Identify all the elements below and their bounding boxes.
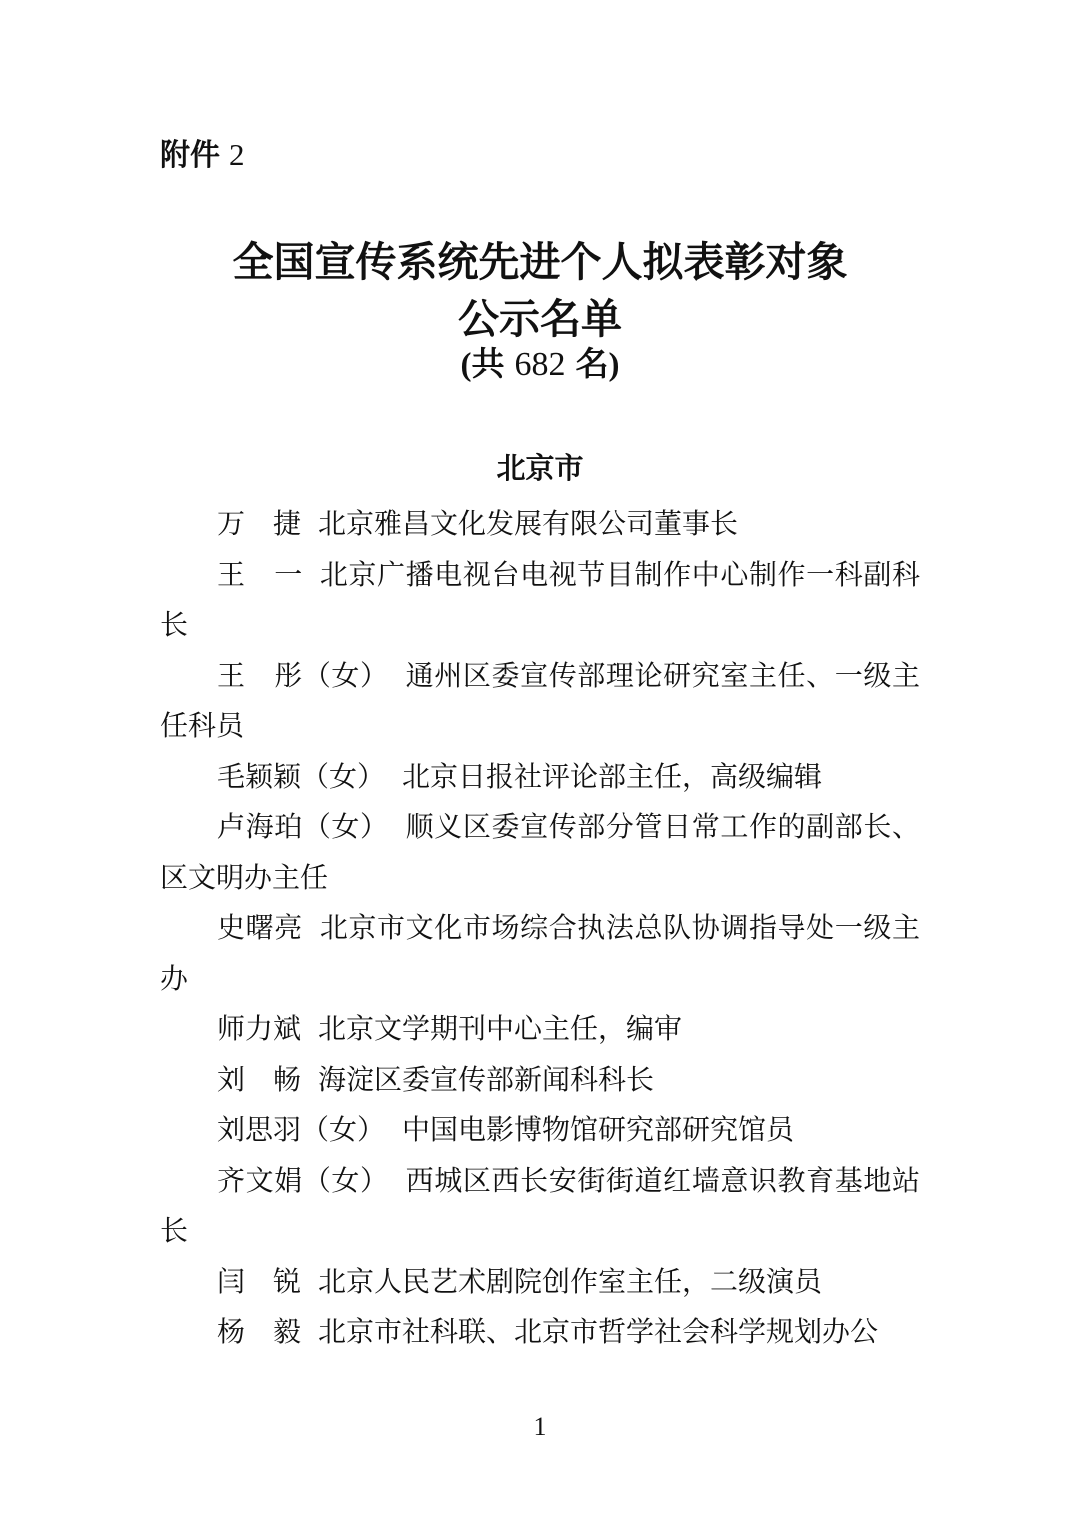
person-name: 刘 畅 — [217, 1065, 301, 1096]
person-name: 杨 毅 — [217, 1317, 301, 1348]
person-name: 师力斌 — [217, 1014, 301, 1045]
entry-list: 万 捷北京雅昌文化发展有限公司董事长 王 一北京广播电视台电视节目制作中心制作一… — [160, 500, 920, 1359]
list-item: 卢海珀（女）顺义区委宣传部分管日常工作的副部长、区文明办主任 — [160, 803, 920, 904]
person-name: 王 彤（女） — [217, 661, 389, 692]
person-name: 闫 锐 — [217, 1267, 301, 1298]
list-item: 史曙亮北京市文化市场综合执法总队协调指导处一级主办 — [160, 904, 920, 1005]
person-name: 万 捷 — [217, 509, 301, 540]
person-title: 海淀区委宣传部新闻科科长 — [318, 1065, 654, 1096]
attachment-number: 2 — [229, 137, 245, 172]
page-number: 1 — [0, 1410, 1080, 1444]
person-name: 毛颖颖（女） — [217, 762, 385, 793]
list-item: 毛颖颖（女）北京日报社评论部主任，高级编辑 — [160, 753, 920, 804]
list-item: 杨 毅北京市社科联、北京市哲学社会科学规划办公 — [160, 1308, 920, 1359]
person-title: 北京文学期刊中心主任，编审 — [318, 1014, 682, 1045]
count-prefix: (共 — [461, 347, 505, 383]
person-name: 卢海珀（女） — [217, 812, 389, 843]
list-item: 王 彤（女）通州区委宣传部理论研究室主任、一级主任科员 — [160, 652, 920, 753]
person-name: 刘思羽（女） — [217, 1115, 385, 1146]
person-name: 史曙亮 — [217, 913, 303, 944]
list-item: 刘思羽（女）中国电影博物馆研究部研究馆员 — [160, 1106, 920, 1157]
list-item: 齐文娟（女）西城区西长安街街道红墙意识教育基地站长 — [160, 1157, 920, 1258]
person-title: 北京人民艺术剧院创作室主任，二级演员 — [318, 1267, 822, 1298]
person-name: 齐文娟（女） — [217, 1166, 389, 1197]
count-suffix: 名) — [576, 347, 620, 383]
person-title: 北京雅昌文化发展有限公司董事长 — [318, 509, 738, 540]
document-page: 附件2 全国宣传系统先进个人拟表彰对象 公示名单 (共682名) 北京市 万 捷… — [0, 0, 1080, 1526]
attachment-word: 附件 — [160, 139, 220, 172]
document-title: 全国宣传系统先进个人拟表彰对象 公示名单 — [0, 234, 1080, 348]
section-heading-beijing: 北京市 — [0, 452, 1080, 486]
person-title: 中国电影博物馆研究部研究馆员 — [402, 1115, 794, 1146]
count-number: 682 — [515, 346, 566, 383]
list-item: 师力斌北京文学期刊中心主任，编审 — [160, 1005, 920, 1056]
attachment-label: 附件2 — [160, 136, 245, 175]
list-item: 万 捷北京雅昌文化发展有限公司董事长 — [160, 500, 920, 551]
document-title-line2: 公示名单 — [0, 291, 1080, 348]
list-item: 王 一北京广播电视台电视节目制作中心制作一科副科长 — [160, 551, 920, 652]
person-title: 北京日报社评论部主任，高级编辑 — [402, 762, 822, 793]
list-item: 闫 锐北京人民艺术剧院创作室主任，二级演员 — [160, 1258, 920, 1309]
person-title: 北京市社科联、北京市哲学社会科学规划办公 — [318, 1317, 878, 1348]
list-item: 刘 畅海淀区委宣传部新闻科科长 — [160, 1056, 920, 1107]
person-name: 王 一 — [217, 560, 303, 591]
total-count-line: (共682名) — [0, 344, 1080, 386]
document-title-line1: 全国宣传系统先进个人拟表彰对象 — [0, 234, 1080, 291]
